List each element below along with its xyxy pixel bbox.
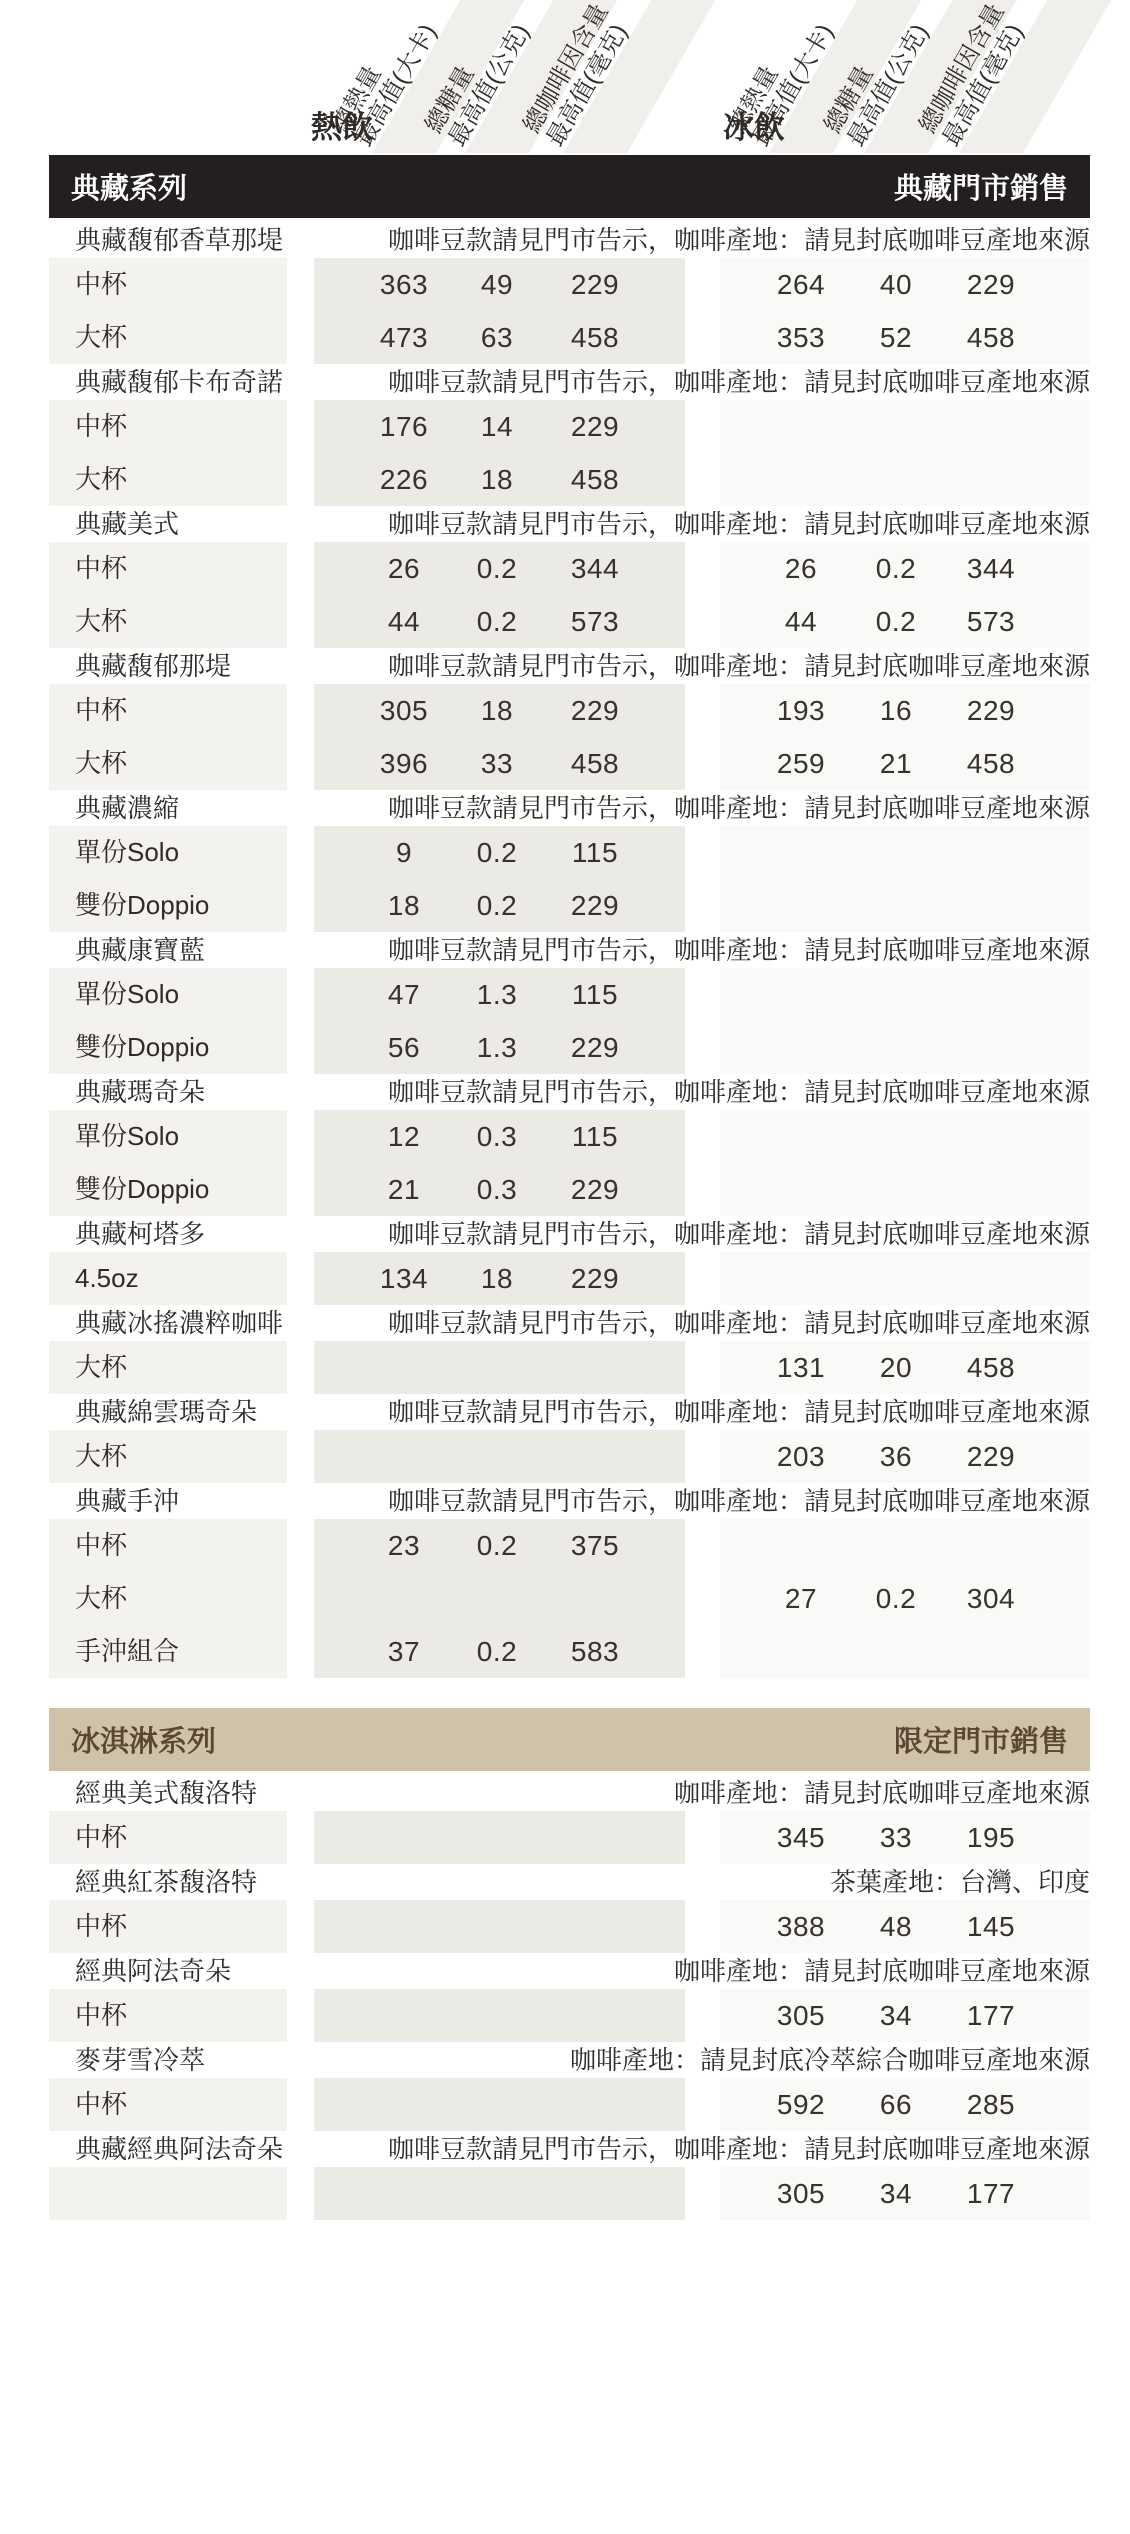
iced-caffeine-value: 177 <box>941 1989 1041 2042</box>
size-row: 大杯 20336229 <box>49 1430 1090 1483</box>
product-note-row: 麥芽雪冷萃 咖啡產地：請見封底冷萃綜合咖啡豆產地來源 <box>49 2042 1090 2078</box>
product-note: 咖啡豆款請見門市告示，咖啡產地：請見封底咖啡豆產地來源 <box>388 2131 1090 2168</box>
size-label: 單份Solo <box>75 968 179 1021</box>
size-lines: 中杯 59266285 <box>49 2078 1090 2131</box>
product-note-row: 典藏綿雲瑪奇朵 咖啡豆款請見門市告示，咖啡產地：請見封底咖啡豆產地來源 <box>49 1394 1090 1430</box>
product-note-row: 典藏瑪奇朵 咖啡豆款請見門市告示，咖啡產地：請見封底咖啡豆產地來源 <box>49 1074 1090 1110</box>
size-row: 大杯 3963345825921458 <box>49 737 1090 790</box>
product-name: 經典阿法奇朵 <box>75 1953 231 1990</box>
hot-sugar-value: 0.2 <box>447 1625 547 1678</box>
size-row: 中杯 38848145 <box>49 1900 1090 1953</box>
iced-sugar-value: 0.2 <box>846 1572 946 1625</box>
product-note-row: 典藏馥郁那堤 咖啡豆款請見門市告示，咖啡產地：請見封底咖啡豆產地來源 <box>49 648 1090 684</box>
product: 經典紅茶馥洛特 茶葉產地：台灣、印度 中杯 38848145 <box>49 1864 1090 1953</box>
hot-sugar-value: 49 <box>447 258 547 311</box>
section-title: 典藏系列 <box>71 166 187 207</box>
hot-calories-value: 44 <box>354 595 454 648</box>
size-lines: 大杯 13120458 <box>49 1341 1090 1394</box>
product-note-row: 典藏康寶藍 咖啡豆款請見門市告示，咖啡產地：請見封底咖啡豆產地來源 <box>49 932 1090 968</box>
product-name: 經典紅茶馥洛特 <box>75 1864 257 1901</box>
size-row: 手沖組合 370.2583 <box>49 1625 1090 1678</box>
size-label: 中杯 <box>75 1900 127 1953</box>
size-lines: 4.5oz 13418229 <box>49 1252 1090 1305</box>
product-name: 典藏經典阿法奇朵 <box>75 2131 283 2168</box>
size-row: 中杯 260.2344260.2344 <box>49 542 1090 595</box>
hot-caffeine-value: 229 <box>545 400 645 453</box>
nutrition-table-page: 總熱量 最高值(大卡) 總糖量 最高值(公克) 總咖啡因含量 最高值(毫克) 總… <box>0 0 1130 2534</box>
product-name: 典藏康寶藍 <box>75 932 205 969</box>
product: 經典阿法奇朵 咖啡產地：請見封底咖啡豆產地來源 中杯 30534177 <box>49 1953 1090 2042</box>
iced-sugar-value: 66 <box>846 2078 946 2131</box>
hot-calories-value: 305 <box>354 684 454 737</box>
hot-calories-value: 21 <box>354 1163 454 1216</box>
iced-sugar-value: 21 <box>846 737 946 790</box>
size-lines: 30534177 <box>49 2167 1090 2220</box>
size-label: 大杯 <box>75 1572 127 1625</box>
size-label: 手沖組合 <box>75 1625 179 1678</box>
size-lines: 中杯 38848145 <box>49 1900 1090 1953</box>
hot-caffeine-value: 458 <box>545 737 645 790</box>
product-note-row: 經典紅茶馥洛特 茶葉產地：台灣、印度 <box>49 1864 1090 1900</box>
product-size-block: 中杯 38848145 <box>49 1900 1090 1953</box>
hot-sugar-value: 0.2 <box>447 542 547 595</box>
hot-calories-value: 176 <box>354 400 454 453</box>
iced-sugar-value: 36 <box>846 1430 946 1483</box>
size-label: 雙份Doppio <box>75 1021 209 1074</box>
size-label: 中杯 <box>75 258 127 311</box>
hot-sugar-value: 0.2 <box>447 879 547 932</box>
product-note: 咖啡豆款請見門市告示，咖啡產地：請見封底咖啡豆產地來源 <box>388 932 1090 969</box>
hot-caffeine-value: 115 <box>545 1110 645 1163</box>
iced-caffeine-value: 458 <box>941 737 1041 790</box>
size-row: 大杯 440.2573440.2573 <box>49 595 1090 648</box>
product-size-block: 中杯 59266285 <box>49 2078 1090 2131</box>
section-header-bar: 冰淇淋系列 限定門市銷售 <box>49 1708 1090 1771</box>
iced-calories-value: 203 <box>751 1430 851 1483</box>
size-row: 中杯 17614229 <box>49 400 1090 453</box>
iced-caffeine-value: 195 <box>941 1811 1041 1864</box>
column-headers: 總熱量 最高值(大卡) 總糖量 最高值(公克) 總咖啡因含量 最高值(毫克) 總… <box>49 0 1090 155</box>
iced-caffeine-value: 177 <box>941 2167 1041 2220</box>
size-label: 大杯 <box>75 453 127 506</box>
hot-sugar-value: 0.2 <box>447 595 547 648</box>
size-row: 雙份Doppio 210.3229 <box>49 1163 1090 1216</box>
section-title: 冰淇淋系列 <box>71 1719 216 1760</box>
hot-calories-value: 26 <box>354 542 454 595</box>
size-row: 雙份Doppio 180.2229 <box>49 879 1090 932</box>
hot-sugar-value: 18 <box>447 684 547 737</box>
iced-calories-value: 26 <box>751 542 851 595</box>
size-row: 大杯 4736345835352458 <box>49 311 1090 364</box>
hot-caffeine-value: 115 <box>545 968 645 1021</box>
iced-sugar-value: 33 <box>846 1811 946 1864</box>
size-row: 大杯 13120458 <box>49 1341 1090 1394</box>
size-row: 單份Solo 90.2115 <box>49 826 1090 879</box>
product-size-block: 單份Solo 120.3115 雙份Doppio 210.3229 <box>49 1110 1090 1216</box>
product-note-row: 經典美式馥洛特 咖啡產地：請見封底咖啡豆產地來源 <box>49 1775 1090 1811</box>
hot-caffeine-value: 229 <box>545 1163 645 1216</box>
product: 麥芽雪冷萃 咖啡產地：請見封底冷萃綜合咖啡豆產地來源 中杯 59266285 <box>49 2042 1090 2131</box>
size-lines: 中杯 34533195 <box>49 1811 1090 1864</box>
hot-calories-value: 47 <box>354 968 454 1021</box>
size-lines: 中杯 230.2375 大杯 270.2304 手沖組合 370.2583 <box>49 1519 1090 1678</box>
iced-caffeine-value: 145 <box>941 1900 1041 1953</box>
product-size-block: 中杯 230.2375 大杯 270.2304 手沖組合 370.2583 <box>49 1519 1090 1678</box>
hot-calories-value: 473 <box>354 311 454 364</box>
hot-calories-value: 134 <box>354 1252 454 1305</box>
product-size-block: 中杯 30534177 <box>49 1989 1090 2042</box>
iced-sugar-value: 34 <box>846 1989 946 2042</box>
size-label: 大杯 <box>75 311 127 364</box>
product-note-row: 典藏冰搖濃粹咖啡 咖啡豆款請見門市告示，咖啡產地：請見封底咖啡豆產地來源 <box>49 1305 1090 1341</box>
product-note-row: 典藏美式 咖啡豆款請見門市告示，咖啡產地：請見封底咖啡豆產地來源 <box>49 506 1090 542</box>
iced-caffeine-value: 344 <box>941 542 1041 595</box>
product: 典藏柯塔多 咖啡豆款請見門市告示，咖啡產地：請見封底咖啡豆產地來源 4.5oz … <box>49 1216 1090 1305</box>
hot-caffeine-value: 458 <box>545 453 645 506</box>
product: 典藏瑪奇朵 咖啡豆款請見門市告示，咖啡產地：請見封底咖啡豆產地來源 單份Solo… <box>49 1074 1090 1216</box>
product-note-row: 典藏手沖 咖啡豆款請見門市告示，咖啡產地：請見封底咖啡豆產地來源 <box>49 1483 1090 1519</box>
product-note-row: 典藏經典阿法奇朵 咖啡豆款請見門市告示，咖啡產地：請見封底咖啡豆產地來源 <box>49 2131 1090 2167</box>
product-size-block: 中杯 17614229 大杯 22618458 <box>49 400 1090 506</box>
hot-caffeine-value: 229 <box>545 258 645 311</box>
product-note-row: 典藏柯塔多 咖啡豆款請見門市告示，咖啡產地：請見封底咖啡豆產地來源 <box>49 1216 1090 1252</box>
size-row: 單份Solo 471.3115 <box>49 968 1090 1021</box>
hot-caffeine-value: 583 <box>545 1625 645 1678</box>
product-note-row: 典藏馥郁卡布奇諾 咖啡豆款請見門市告示，咖啡產地：請見封底咖啡豆產地來源 <box>49 364 1090 400</box>
hot-caffeine-value: 229 <box>545 684 645 737</box>
size-row: 單份Solo 120.3115 <box>49 1110 1090 1163</box>
size-lines: 單份Solo 90.2115 雙份Doppio 180.2229 <box>49 826 1090 932</box>
product-list: 典藏馥郁香草那堤 咖啡豆款請見門市告示，咖啡產地：請見封底咖啡豆產地來源 中杯 … <box>49 222 1090 1678</box>
hot-caffeine-value: 375 <box>545 1519 645 1572</box>
size-lines: 大杯 20336229 <box>49 1430 1090 1483</box>
hot-caffeine-value: 229 <box>545 879 645 932</box>
product-note-row: 經典阿法奇朵 咖啡產地：請見封底咖啡豆產地來源 <box>49 1953 1090 1989</box>
hot-sugar-value: 0.3 <box>447 1163 547 1216</box>
size-row: 中杯 30534177 <box>49 1989 1090 2042</box>
section-subtitle: 限定門市銷售 <box>894 1719 1068 1760</box>
product-name: 典藏馥郁香草那堤 <box>75 222 283 259</box>
product: 典藏濃縮 咖啡豆款請見門市告示，咖啡產地：請見封底咖啡豆產地來源 單份Solo … <box>49 790 1090 932</box>
size-row: 大杯 270.2304 <box>49 1572 1090 1625</box>
iced-caffeine-value: 458 <box>941 311 1041 364</box>
product: 典藏手沖 咖啡豆款請見門市告示，咖啡產地：請見封底咖啡豆產地來源 中杯 230.… <box>49 1483 1090 1678</box>
iced-calories-value: 264 <box>751 258 851 311</box>
hot-sugar-value: 0.3 <box>447 1110 547 1163</box>
menu-section: 典藏系列 典藏門市銷售 典藏馥郁香草那堤 咖啡豆款請見門市告示，咖啡產地：請見封… <box>49 155 1090 1678</box>
product-note-row: 典藏濃縮 咖啡豆款請見門市告示，咖啡產地：請見封底咖啡豆產地來源 <box>49 790 1090 826</box>
iced-sugar-value: 0.2 <box>846 542 946 595</box>
product: 典藏馥郁卡布奇諾 咖啡豆款請見門市告示，咖啡產地：請見封底咖啡豆產地來源 中杯 … <box>49 364 1090 506</box>
section-subtitle: 典藏門市銷售 <box>894 166 1068 207</box>
product-size-block: 大杯 13120458 <box>49 1341 1090 1394</box>
product: 典藏康寶藍 咖啡豆款請見門市告示，咖啡產地：請見封底咖啡豆產地來源 單份Solo… <box>49 932 1090 1074</box>
hot-caffeine-value: 573 <box>545 595 645 648</box>
iced-calories-value: 388 <box>751 1900 851 1953</box>
hot-calories-value: 12 <box>354 1110 454 1163</box>
size-lines: 中杯 3634922926440229 大杯 4736345835352458 <box>49 258 1090 364</box>
size-label: 大杯 <box>75 1341 127 1394</box>
hot-sugar-value: 18 <box>447 453 547 506</box>
product-size-block: 單份Solo 471.3115 雙份Doppio 561.3229 <box>49 968 1090 1074</box>
hot-sugar-value: 33 <box>447 737 547 790</box>
size-label: 單份Solo <box>75 826 179 879</box>
iced-sugar-value: 34 <box>846 2167 946 2220</box>
iced-calories-value: 259 <box>751 737 851 790</box>
hot-sugar-value: 18 <box>447 1252 547 1305</box>
size-row: 大杯 22618458 <box>49 453 1090 506</box>
table-content: 總熱量 最高值(大卡) 總糖量 最高值(公克) 總咖啡因含量 最高值(毫克) 總… <box>49 0 1090 2220</box>
iced-calories-value: 592 <box>751 2078 851 2131</box>
size-lines: 單份Solo 120.3115 雙份Doppio 210.3229 <box>49 1110 1090 1216</box>
hot-calories-value: 37 <box>354 1625 454 1678</box>
size-lines: 中杯 3051822919316229 大杯 3963345825921458 <box>49 684 1090 790</box>
iced-calories-value: 27 <box>751 1572 851 1625</box>
product-size-block: 中杯 3634922926440229 大杯 4736345835352458 <box>49 258 1090 364</box>
product-note: 咖啡產地：請見封底冷萃綜合咖啡豆產地來源 <box>570 2042 1090 2079</box>
product-size-block: 中杯 3051822919316229 大杯 3963345825921458 <box>49 684 1090 790</box>
product-size-block: 30534177 <box>49 2167 1090 2220</box>
iced-calories-value: 131 <box>751 1341 851 1394</box>
product-note: 咖啡產地：請見封底咖啡豆產地來源 <box>674 1775 1090 1812</box>
size-label: 大杯 <box>75 1430 127 1483</box>
hot-sugar-value: 1.3 <box>447 968 547 1021</box>
product: 典藏馥郁香草那堤 咖啡豆款請見門市告示，咖啡產地：請見封底咖啡豆產地來源 中杯 … <box>49 222 1090 364</box>
iced-caffeine-value: 285 <box>941 2078 1041 2131</box>
product-name: 典藏柯塔多 <box>75 1216 205 1253</box>
menu-section: 冰淇淋系列 限定門市銷售 經典美式馥洛特 咖啡產地：請見封底咖啡豆產地來源 中杯… <box>49 1708 1090 2220</box>
iced-calories-value: 44 <box>751 595 851 648</box>
iced-caffeine-value: 304 <box>941 1572 1041 1625</box>
size-row: 中杯 3634922926440229 <box>49 258 1090 311</box>
hot-sugar-value: 14 <box>447 400 547 453</box>
iced-sugar-value: 48 <box>846 1900 946 1953</box>
section-header-bar: 典藏系列 典藏門市銷售 <box>49 155 1090 218</box>
size-row: 雙份Doppio 561.3229 <box>49 1021 1090 1074</box>
product-size-block: 中杯 34533195 <box>49 1811 1090 1864</box>
product-note: 咖啡豆款請見門市告示，咖啡產地：請見封底咖啡豆產地來源 <box>388 1394 1090 1431</box>
product-note: 咖啡豆款請見門市告示，咖啡產地：請見封底咖啡豆產地來源 <box>388 648 1090 685</box>
size-lines: 單份Solo 471.3115 雙份Doppio 561.3229 <box>49 968 1090 1074</box>
product: 經典美式馥洛特 咖啡產地：請見封底咖啡豆產地來源 中杯 34533195 <box>49 1775 1090 1864</box>
size-label: 4.5oz <box>75 1252 139 1305</box>
sections-container: 典藏系列 典藏門市銷售 典藏馥郁香草那堤 咖啡豆款請見門市告示，咖啡產地：請見封… <box>49 155 1090 2220</box>
hot-caffeine-value: 458 <box>545 311 645 364</box>
iced-caffeine-value: 229 <box>941 1430 1041 1483</box>
product-note: 咖啡豆款請見門市告示，咖啡產地：請見封底咖啡豆產地來源 <box>388 1483 1090 1520</box>
iced-calories-value: 353 <box>751 311 851 364</box>
product-note: 咖啡豆款請見門市告示，咖啡產地：請見封底咖啡豆產地來源 <box>388 222 1090 259</box>
size-lines: 中杯 30534177 <box>49 1989 1090 2042</box>
product: 典藏美式 咖啡豆款請見門市告示，咖啡產地：請見封底咖啡豆產地來源 中杯 260.… <box>49 506 1090 648</box>
hot-caffeine-value: 115 <box>545 826 645 879</box>
iced-caffeine-value: 458 <box>941 1341 1041 1394</box>
iced-caffeine-value: 229 <box>941 684 1041 737</box>
iced-sugar-value: 0.2 <box>846 595 946 648</box>
size-row: 30534177 <box>49 2167 1090 2220</box>
iced-sugar-value: 16 <box>846 684 946 737</box>
hot-calories-value: 226 <box>354 453 454 506</box>
hot-calories-value: 23 <box>354 1519 454 1572</box>
size-row: 中杯 34533195 <box>49 1811 1090 1864</box>
product-note: 茶葉產地：台灣、印度 <box>830 1864 1090 1901</box>
size-label: 雙份Doppio <box>75 1163 209 1216</box>
iced-sugar-value: 20 <box>846 1341 946 1394</box>
hot-drinks-label: 熱飲 <box>311 102 373 147</box>
product-size-block: 中杯 260.2344260.2344 大杯 440.2573440.2573 <box>49 542 1090 648</box>
size-row: 中杯 230.2375 <box>49 1519 1090 1572</box>
hot-calories-value: 363 <box>354 258 454 311</box>
iced-caffeine-value: 573 <box>941 595 1041 648</box>
iced-caffeine-value: 229 <box>941 258 1041 311</box>
product-list: 經典美式馥洛特 咖啡產地：請見封底咖啡豆產地來源 中杯 34533195 經典紅… <box>49 1775 1090 2220</box>
iced-sugar-value: 40 <box>846 258 946 311</box>
product-name: 麥芽雪冷萃 <box>75 2042 205 2079</box>
product-note: 咖啡豆款請見門市告示，咖啡產地：請見封底咖啡豆產地來源 <box>388 1074 1090 1111</box>
size-label: 大杯 <box>75 737 127 790</box>
product-name: 典藏手沖 <box>75 1483 179 1520</box>
iced-calories-value: 193 <box>751 684 851 737</box>
product-size-block: 4.5oz 13418229 <box>49 1252 1090 1305</box>
product-name: 典藏馥郁卡布奇諾 <box>75 364 283 401</box>
hot-calories-value: 56 <box>354 1021 454 1074</box>
hot-sugar-value: 0.2 <box>447 826 547 879</box>
size-label: 雙份Doppio <box>75 879 209 932</box>
iced-calories-value: 305 <box>751 2167 851 2220</box>
product-name: 典藏美式 <box>75 506 179 543</box>
size-row: 中杯 59266285 <box>49 2078 1090 2131</box>
product-note: 咖啡豆款請見門市告示，咖啡產地：請見封底咖啡豆產地來源 <box>388 506 1090 543</box>
size-label: 中杯 <box>75 1811 127 1864</box>
size-lines: 中杯 17614229 大杯 22618458 <box>49 400 1090 506</box>
product-note: 咖啡豆款請見門市告示，咖啡產地：請見封底咖啡豆產地來源 <box>388 790 1090 827</box>
product: 典藏經典阿法奇朵 咖啡豆款請見門市告示，咖啡產地：請見封底咖啡豆產地來源 305… <box>49 2131 1090 2220</box>
hot-sugar-value: 63 <box>447 311 547 364</box>
product-name: 典藏綿雲瑪奇朵 <box>75 1394 257 1431</box>
hot-caffeine-value: 344 <box>545 542 645 595</box>
product-name: 典藏冰搖濃粹咖啡 <box>75 1305 283 1342</box>
hot-sugar-value: 0.2 <box>447 1519 547 1572</box>
hot-calories-value: 18 <box>354 879 454 932</box>
product-size-block: 大杯 20336229 <box>49 1430 1090 1483</box>
product-name: 典藏瑪奇朵 <box>75 1074 205 1111</box>
size-label: 中杯 <box>75 400 127 453</box>
size-label: 大杯 <box>75 595 127 648</box>
size-label: 中杯 <box>75 2078 127 2131</box>
size-label: 中杯 <box>75 1989 127 2042</box>
product: 典藏馥郁那堤 咖啡豆款請見門市告示，咖啡產地：請見封底咖啡豆產地來源 中杯 30… <box>49 648 1090 790</box>
iced-calories-value: 305 <box>751 1989 851 2042</box>
product-name: 經典美式馥洛特 <box>75 1775 257 1812</box>
size-row: 中杯 3051822919316229 <box>49 684 1090 737</box>
product-note: 咖啡豆款請見門市告示，咖啡產地：請見封底咖啡豆產地來源 <box>388 1216 1090 1253</box>
product-note: 咖啡產地：請見封底咖啡豆產地來源 <box>674 1953 1090 1990</box>
hot-calories-value: 396 <box>354 737 454 790</box>
size-label: 中杯 <box>75 542 127 595</box>
iced-calories-value: 345 <box>751 1811 851 1864</box>
size-row: 4.5oz 13418229 <box>49 1252 1090 1305</box>
product: 典藏綿雲瑪奇朵 咖啡豆款請見門市告示，咖啡產地：請見封底咖啡豆產地來源 大杯 2… <box>49 1394 1090 1483</box>
product-name: 典藏馥郁那堤 <box>75 648 231 685</box>
size-label: 單份Solo <box>75 1110 179 1163</box>
hot-caffeine-value: 229 <box>545 1021 645 1074</box>
hot-sugar-value: 1.3 <box>447 1021 547 1074</box>
hot-caffeine-value: 229 <box>545 1252 645 1305</box>
size-label: 中杯 <box>75 1519 127 1572</box>
product-size-block: 單份Solo 90.2115 雙份Doppio 180.2229 <box>49 826 1090 932</box>
product-name: 典藏濃縮 <box>75 790 179 827</box>
size-lines: 中杯 260.2344260.2344 大杯 440.2573440.2573 <box>49 542 1090 648</box>
iced-drinks-label: 冰飲 <box>723 102 785 147</box>
hot-calories-value: 9 <box>354 826 454 879</box>
size-label: 中杯 <box>75 684 127 737</box>
product-note: 咖啡豆款請見門市告示，咖啡產地：請見封底咖啡豆產地來源 <box>388 1305 1090 1342</box>
product-note: 咖啡豆款請見門市告示，咖啡產地：請見封底咖啡豆產地來源 <box>388 364 1090 401</box>
product: 典藏冰搖濃粹咖啡 咖啡豆款請見門市告示，咖啡產地：請見封底咖啡豆產地來源 大杯 … <box>49 1305 1090 1394</box>
iced-sugar-value: 52 <box>846 311 946 364</box>
product-note-row: 典藏馥郁香草那堤 咖啡豆款請見門市告示，咖啡產地：請見封底咖啡豆產地來源 <box>49 222 1090 258</box>
